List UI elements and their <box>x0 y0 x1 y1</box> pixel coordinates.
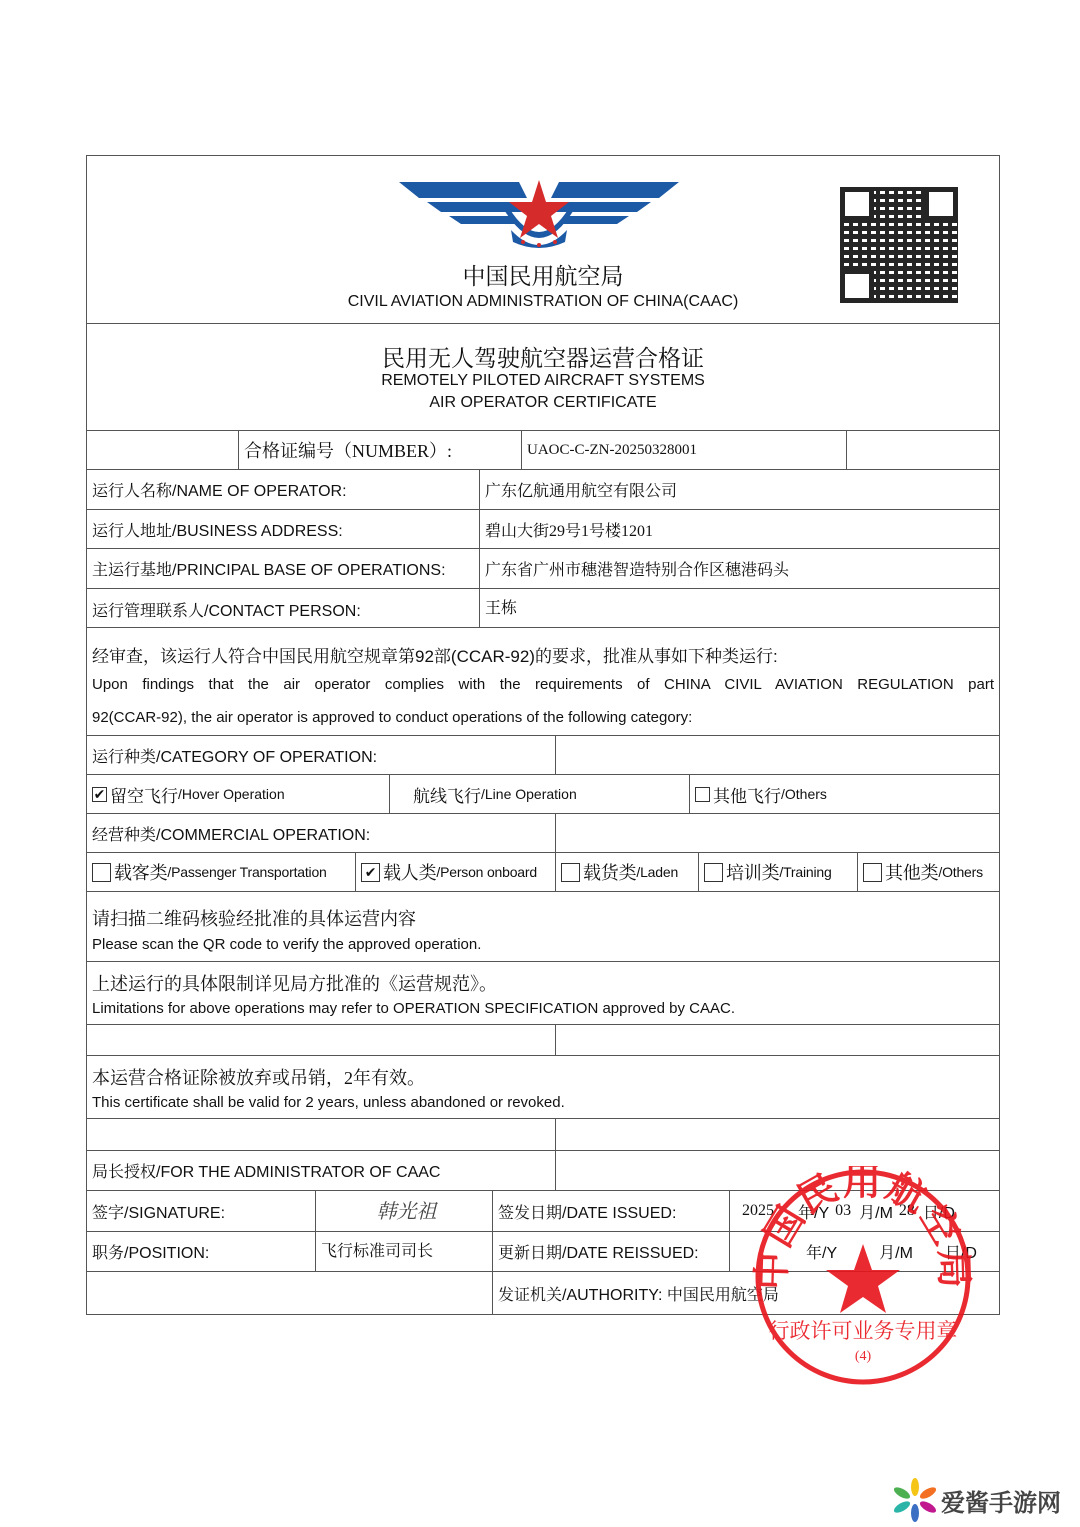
option-hover-operation[interactable]: ✔ 留空飞行 /Hover Operation <box>87 775 389 813</box>
validity-en: This certificate shall be valid for 2 ye… <box>92 1094 565 1111</box>
svg-text:(4): (4) <box>855 1349 872 1364</box>
field-label: 运行人名称/NAME OF OPERATOR: <box>87 470 479 509</box>
checkbox-unchecked-icon[interactable] <box>704 863 723 882</box>
scan-block: 请扫描二维码核验经批准的具体运营内容 Please scan the QR co… <box>87 892 999 962</box>
signature-value: 韩光祖 <box>315 1191 492 1231</box>
signature-label: 签字/SIGNATURE: <box>87 1191 315 1231</box>
flower-logo-icon <box>893 1478 937 1522</box>
watermark-text: 爱酱手游网 <box>941 1483 1061 1518</box>
title-block: 民用无人驾驶航空器运营合格证 REMOTELY PILOTED AIRCRAFT… <box>87 324 999 431</box>
blank-row <box>87 1119 999 1151</box>
findings-cn: 经审查，该运行人符合中国民用航空规章第92部(CCAR-92)的要求，批准从事如… <box>92 642 778 667</box>
field-label: 运行人地址/BUSINESS ADDRESS: <box>87 510 479 548</box>
svg-text:行政许可业务专用章: 行政许可业务专用章 <box>769 1319 958 1343</box>
blank-row <box>87 1025 999 1056</box>
commercial-row: 经营种类/COMMERCIAL OPERATION: <box>87 814 999 853</box>
checkbox-unchecked-icon[interactable] <box>92 863 111 882</box>
checkbox-checked-icon[interactable]: ✔ <box>361 863 380 882</box>
position-value: 飞行标准司司长 <box>315 1232 492 1271</box>
findings-block: 经审查，该运行人符合中国民用航空规章第92部(CCAR-92)的要求，批准从事如… <box>87 628 999 736</box>
admin-label: 局长授权/FOR THE ADMINISTRATOR OF CAAC <box>87 1151 555 1190</box>
field-value: 王栋 <box>479 589 999 627</box>
option-passenger[interactable]: 载客类 /Passenger Transportation <box>87 853 355 891</box>
position-label: 职务/POSITION: <box>87 1232 315 1271</box>
number-row: 合格证编号（NUMBER）: UAOC-C-ZN-20250328001 <box>87 431 999 470</box>
field-label: 运行管理联系人/CONTACT PERSON: <box>87 589 479 627</box>
date-reissued-label: 更新日期/DATE REISSUED: <box>492 1232 729 1271</box>
date-issued-label: 签发日期/DATE ISSUED: <box>492 1191 729 1231</box>
validity-cn: 本运营合格证除被放弃或吊销，2年有效。 <box>92 1064 425 1090</box>
title-en-line1: REMOTELY PILOTED AIRCRAFT SYSTEMS <box>87 372 999 390</box>
qr-code-icon <box>840 187 958 303</box>
business-address-row: 运行人地址/BUSINESS ADDRESS: 碧山大街29号1号楼1201 <box>87 510 999 549</box>
category-label: 运行种类/CATEGORY OF OPERATION: <box>87 736 555 774</box>
watermark: 爱酱手游网 <box>893 1478 1061 1522</box>
checkbox-unchecked-icon[interactable] <box>695 787 710 802</box>
title-en-line2: AIR OPERATOR CERTIFICATE <box>87 394 999 412</box>
caac-logo-icon <box>399 178 679 250</box>
checkbox-unchecked-icon[interactable] <box>561 863 580 882</box>
limits-cn: 上述运行的具体限制详见局方批准的《运营规范》。 <box>92 970 497 996</box>
validity-block: 本运营合格证除被放弃或吊销，2年有效。 This certificate sha… <box>87 1056 999 1119</box>
findings-en-line2: 92(CCAR-92), the air operator is approve… <box>92 709 692 726</box>
official-seal-icon: 中国民用航空局 行政许可业务专用章 (4) <box>752 1166 974 1388</box>
category-options-row: ✔ 留空飞行 /Hover Operation 航线飞行 /Line Opera… <box>87 775 999 814</box>
field-label: 主运行基地/PRINCIPAL BASE OF OPERATIONS: <box>87 549 479 588</box>
findings-en-line1: Upon findings that the air operator comp… <box>92 676 994 693</box>
title-cn: 民用无人驾驶航空器运营合格证 <box>87 340 999 373</box>
option-training[interactable]: 培训类 /Training <box>698 853 857 891</box>
principal-base-row: 主运行基地/PRINCIPAL BASE OF OPERATIONS: 广东省广… <box>87 549 999 589</box>
limits-en: Limitations for above operations may ref… <box>92 1000 735 1017</box>
limits-block: 上述运行的具体限制详见局方批准的《运营规范》。 Limitations for … <box>87 962 999 1025</box>
commercial-label: 经营种类/COMMERCIAL OPERATION: <box>87 814 555 852</box>
commercial-options-row: 载客类 /Passenger Transportation ✔ 载人类 /Per… <box>87 853 999 892</box>
field-value: 碧山大街29号1号楼1201 <box>479 510 999 548</box>
option-laden[interactable]: 载货类 /Laden <box>555 853 698 891</box>
option-other-flight[interactable]: 其他飞行 /Others <box>689 775 999 813</box>
option-others[interactable]: 其他类 /Others <box>857 853 999 891</box>
category-row: 运行种类/CATEGORY OF OPERATION: <box>87 736 999 775</box>
contact-person-row: 运行管理联系人/CONTACT PERSON: 王栋 <box>87 589 999 628</box>
option-person-onboard[interactable]: ✔ 载人类 /Person onboard <box>355 853 555 891</box>
scan-cn: 请扫描二维码核验经批准的具体运营内容 <box>92 905 416 931</box>
field-value: 广东省广州市穗港智造特别合作区穗港码头 <box>479 549 999 588</box>
header: 中国民用航空局 CIVIL AVIATION ADMINISTRATION OF… <box>87 156 999 324</box>
field-value: 广东亿航通用航空有限公司 <box>479 470 999 509</box>
number-label: 合格证编号（NUMBER）: <box>238 431 521 469</box>
number-value: UAOC-C-ZN-20250328001 <box>521 431 846 469</box>
option-line-operation[interactable]: 航线飞行 /Line Operation <box>389 775 689 813</box>
operator-name-row: 运行人名称/NAME OF OPERATOR: 广东亿航通用航空有限公司 <box>87 470 999 510</box>
certificate: 中国民用航空局 CIVIL AVIATION ADMINISTRATION OF… <box>86 155 1000 1315</box>
checkbox-checked-icon[interactable]: ✔ <box>92 787 107 802</box>
checkbox-unchecked-icon[interactable] <box>863 863 882 882</box>
scan-en: Please scan the QR code to verify the ap… <box>92 936 481 953</box>
